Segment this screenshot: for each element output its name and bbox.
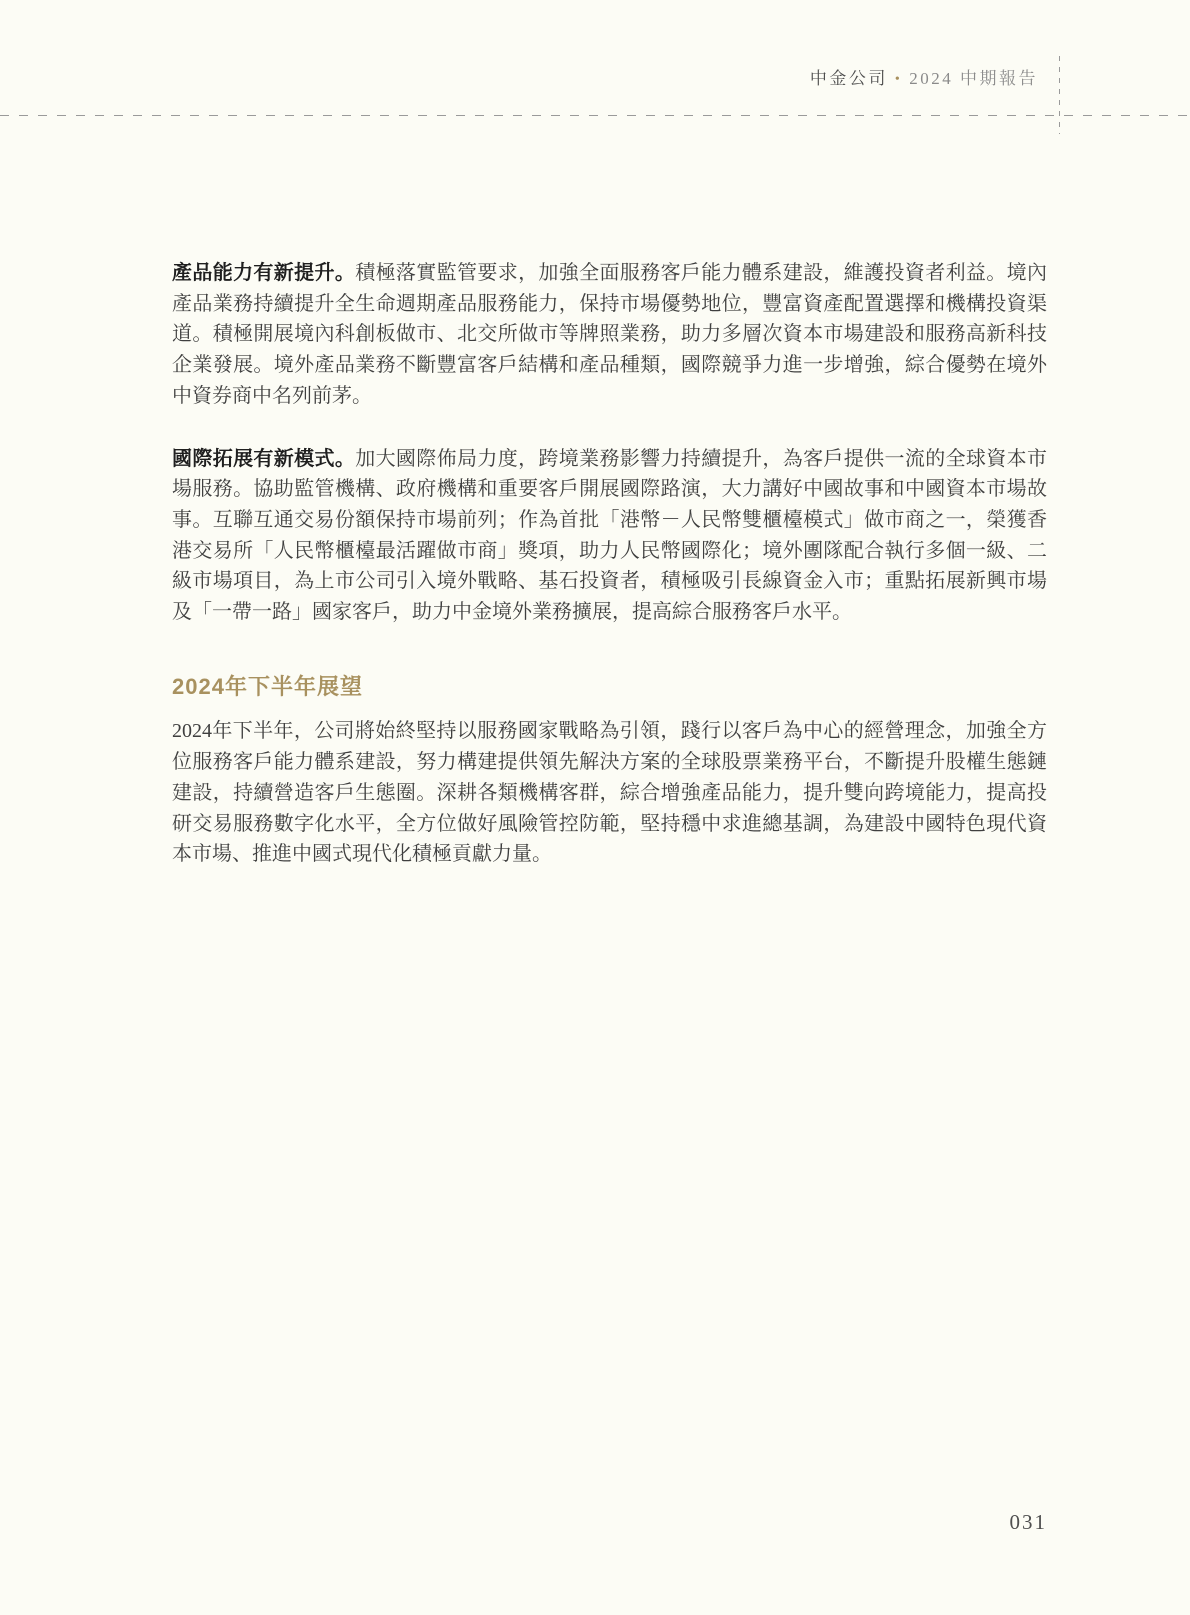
paragraph-international-expansion: 國際拓展有新模式。加大國際佈局力度，跨境業務影響力持續提升，為客戶提供一流的全球… (172, 444, 1047, 628)
paragraph-outlook: 2024年下半年，公司將始終堅持以服務國家戰略為引領，踐行以客戶為中心的經營理念… (172, 716, 1047, 870)
paragraph-text: 2024年下半年，公司將始終堅持以服務國家戰略為引領，踐行以客戶為中心的經營理念… (172, 720, 1047, 865)
paragraph-product-capability: 產品能力有新提升。積極落實監管要求，加強全面服務客戶能力體系建設，維護投資者利益… (172, 258, 1047, 412)
document-page: 中金公司•2024 中期報告 產品能力有新提升。積極落實監管要求，加強全面服務客… (0, 0, 1190, 1615)
header-horizontal-dashed-rule (0, 115, 1190, 116)
page-number: 031 (1010, 1510, 1048, 1535)
page-running-header: 中金公司•2024 中期報告 (810, 64, 1038, 89)
document-body: 產品能力有新提升。積極落實監管要求，加強全面服務客戶能力體系建設，維護投資者利益… (172, 258, 1047, 870)
paragraph-lead-bold: 產品能力有新提升。 (172, 262, 355, 284)
paragraph-lead-bold: 國際拓展有新模式。 (172, 448, 355, 470)
paragraph-text: 加大國際佈局力度，跨境業務影響力持續提升，為客戶提供一流的全球資本市場服務。協助… (172, 448, 1047, 624)
company-name: 中金公司 (810, 69, 888, 88)
report-title: 2024 中期報告 (909, 69, 1038, 88)
header-vertical-dashed-rule (1059, 56, 1060, 134)
section-heading-outlook: 2024年下半年展望 (172, 672, 1047, 703)
header-bullet-icon: • (895, 72, 902, 87)
